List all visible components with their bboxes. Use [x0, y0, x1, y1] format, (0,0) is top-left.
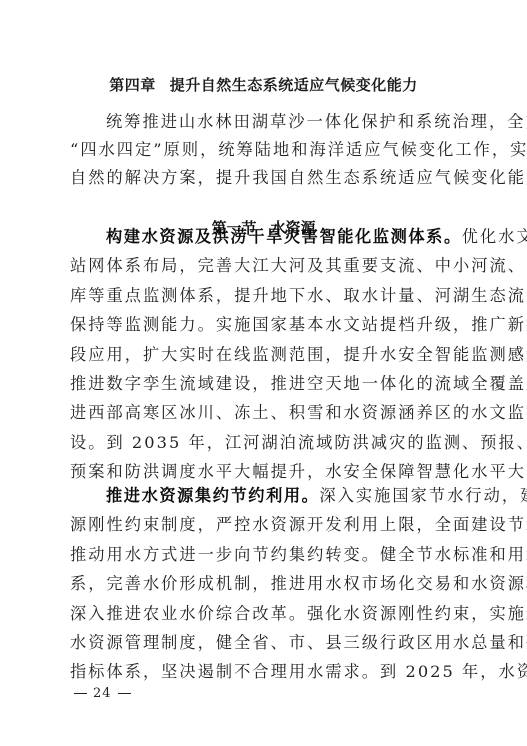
paragraph-line: 保持等监测能力。实施国家基本水文站提档升级，推广新型监测手 — [70, 310, 457, 339]
paragraph-line: 进西部高寒区冰川、冻土、积雪和水资源涵养区的水文监测体系建 — [70, 398, 457, 427]
paragraph-lead-heading: 构建水资源及洪涝干旱灾害智能化监测体系。 — [106, 227, 462, 246]
paragraph-line: 自然的解决方案，提升我国自然生态系统适应气候变化能力。 — [70, 164, 457, 192]
paragraph-line: 深入推进农业水价综合改革。强化水资源刚性约束，实施最严格的 — [70, 599, 457, 628]
dash-decoration — [118, 693, 131, 694]
paragraph-line: 段应用，扩大实时在线监测范围，提升水安全智能监测感知能力。 — [70, 340, 457, 369]
paragraph-lead-heading: 推进水资源集约节约利用。 — [106, 486, 319, 505]
intro-paragraph: 统筹推进山水林田湖草沙一体化保护和系统治理，全方位贯彻 “四水四定”原则，统筹陆… — [70, 108, 457, 192]
paragraph-line: 水资源管理制度，健全省、市、县三级行政区用水总量和强度控制 — [70, 628, 457, 657]
paragraph-line: 库等重点监测体系，提升地下水、取水计量、河湖生态流量、水土 — [70, 281, 457, 310]
paragraph-line: “四水四定”原则，统筹陆地和海洋适应气候变化工作，实施基于 — [70, 136, 457, 164]
chapter-title: 第四章提升自然生态系统适应气候变化能力 — [0, 74, 527, 95]
paragraph-first-line: 构建水资源及洪涝干旱灾害智能化监测体系。优化水文等监测 — [70, 222, 457, 251]
paragraph-line: 统筹推进山水林田湖草沙一体化保护和系统治理，全方位贯彻 — [70, 108, 457, 136]
paragraph-line: 系，完善水价形成机制，推进用水权市场化交易和水资源税改革， — [70, 569, 457, 598]
document-page: 第四章提升自然生态系统适应气候变化能力 统筹推进山水林田湖草沙一体化保护和系统治… — [0, 0, 527, 746]
chapter-number: 第四章 — [109, 76, 156, 94]
paragraph-line: 推进数字孪生流域建设，推进空天地一体化的流域全覆盖监测，推 — [70, 369, 457, 398]
paragraph-text: 深入实施国家节水行动，建立水资 — [319, 486, 527, 505]
paragraph-line: 推动用水方式进一步向节约集约转变。健全节水标准和用水定额体 — [70, 540, 457, 569]
paragraph-monitoring-system: 构建水资源及洪涝干旱灾害智能化监测体系。优化水文等监测 站网体系布局，完善大江大… — [70, 222, 457, 487]
page-number-text: 24 — [93, 686, 112, 701]
paragraph-water-conservation: 推进水资源集约节约利用。深入实施国家节水行动，建立水资 源刚性约束制度，严控水资… — [70, 481, 457, 687]
chapter-title-text: 提升自然生态系统适应气候变化能力 — [170, 76, 418, 94]
paragraph-line: 设。到 2035 年，江河湖泊流域防洪减灾的监测、预报、预警、预演、 — [70, 428, 457, 457]
dash-decoration — [74, 693, 87, 694]
paragraph-text: 优化水文等监测 — [462, 227, 527, 246]
paragraph-line: 站网体系布局，完善大江大河及其重要支流、中小河流、中小型水 — [70, 251, 457, 280]
paragraph-line: 指标体系，坚决遏制不合理用水需求。到 2025 年，水资源刚性约束 — [70, 657, 457, 686]
paragraph-first-line: 推进水资源集约节约利用。深入实施国家节水行动，建立水资 — [70, 481, 457, 510]
paragraph-line: 源刚性约束制度，严控水资源开发利用上限，全面建设节水型社会， — [70, 510, 457, 539]
page-number: 24 — [68, 686, 137, 701]
